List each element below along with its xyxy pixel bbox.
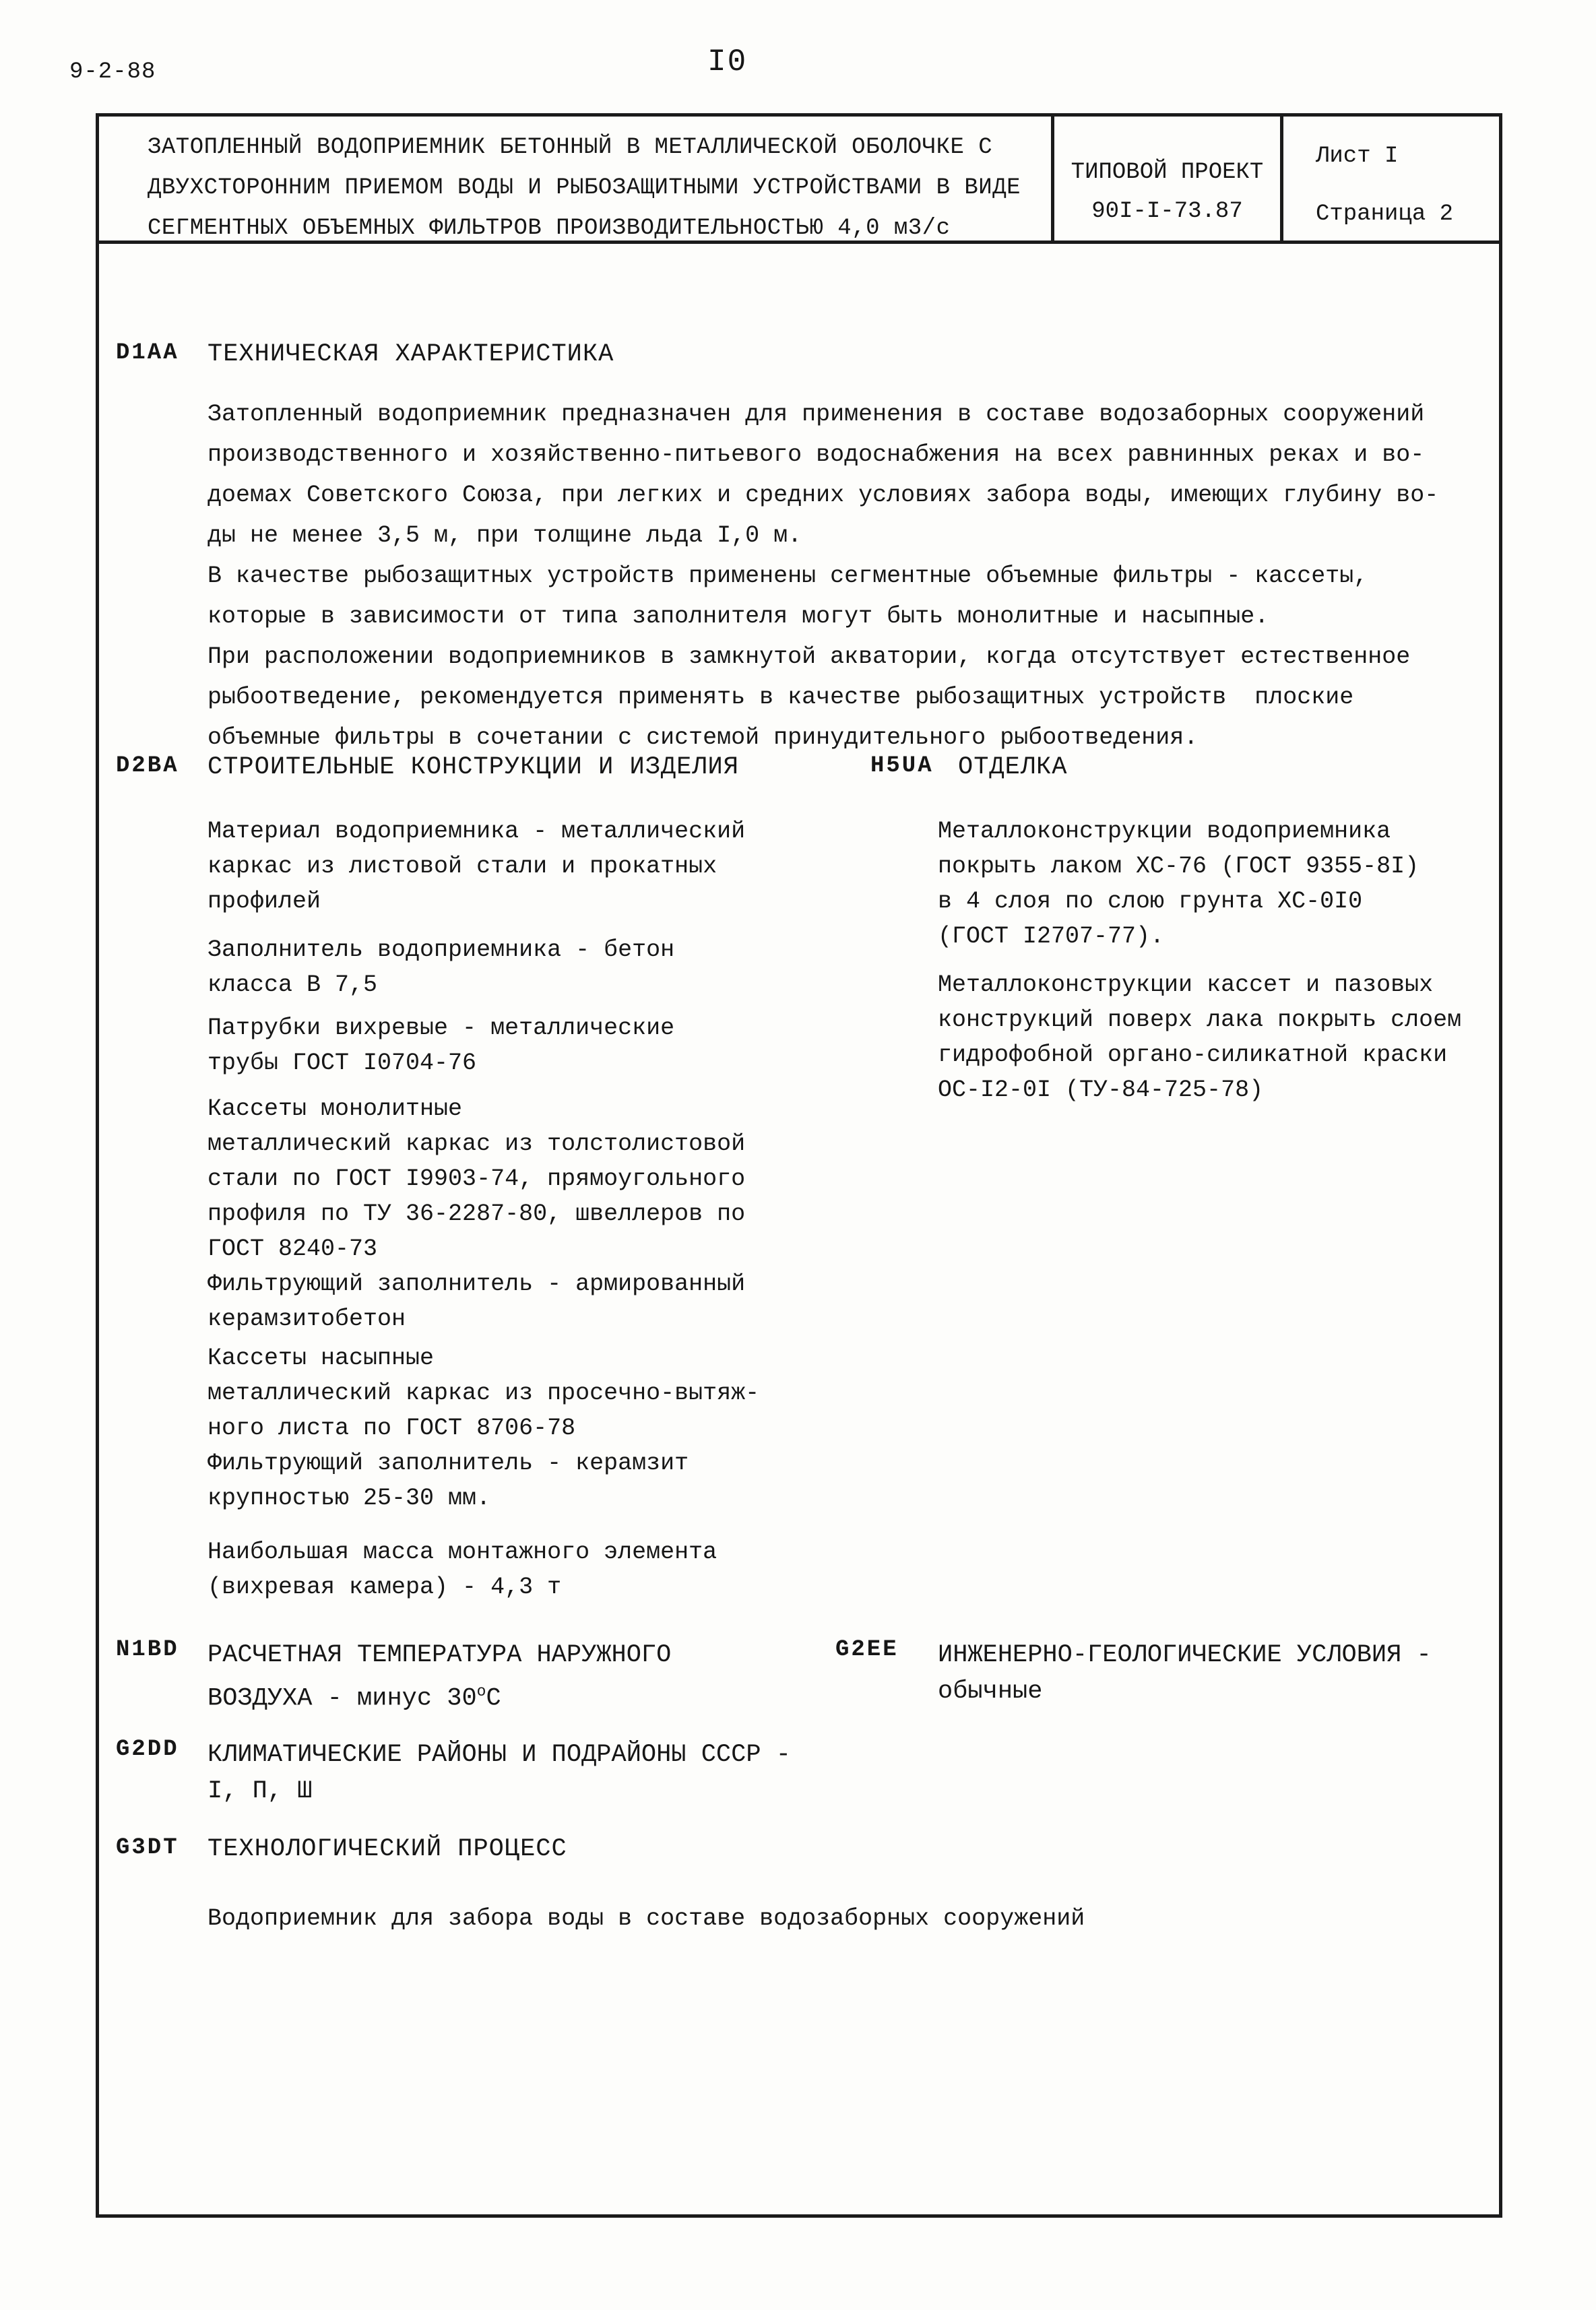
process-paragraph: Водоприемник для забора воды в составе в… [208,1905,1085,1932]
text-line: доемах Советского Союза, при легких и ср… [208,475,1438,515]
text-line: в 4 слоя по слою грунта ХС-0I0 [938,884,1419,919]
text-line: конструкций поверх лака покрыть слоем [938,1002,1461,1037]
text-line: покрыть лаком ХС-76 (ГОСТ 9355-8I) [938,849,1419,884]
text-line: I, П, Ш [208,1773,791,1809]
section-heading-tech: ТЕХНИЧЕСКАЯ ХАРАКТЕРИСТИКА [208,340,614,368]
section-heading-construction: СТРОИТЕЛЬНЫЕ КОНСТРУКЦИИ И ИЗДЕЛИЯ [208,753,739,781]
section-code-d2ba: D2BA [116,753,179,779]
section-heading-process: ТЕХНОЛОГИЧЕСКИЙ ПРОЦЕСС [208,1835,567,1863]
construction-item-monolithic-cassettes: Кассеты монолитныеметаллический каркас и… [208,1091,745,1337]
text-line: стали по ГОСТ I9903-74, прямоугольного [208,1161,745,1196]
text-line: (вихревая камера) - 4,3 т [208,1570,717,1605]
project-number: 90I-I-73.87 [1091,192,1242,231]
text-line: керамзитобетон [208,1302,745,1337]
text-line: В качестве рыбозащитных устройств примен… [208,556,1438,596]
finishing-item-paint: Металлоконструкции кассет и пазовыхконст… [938,967,1461,1108]
construction-item-max-mass: Наибольшая масса монтажного элемента(вих… [208,1535,717,1605]
construction-item-branch-pipes: Патрубки вихревые - металлическиетрубы Г… [208,1010,674,1081]
text-line: Фильтрующий заполнитель - армированный [208,1266,745,1302]
text-line: класса В 7,5 [208,967,674,1002]
construction-item-filler: Заполнитель водоприемника - бетонкласса … [208,932,674,1002]
text-line: каркас из листовой стали и прокатных [208,849,745,884]
temperature-text: РАСЧЕТНАЯ ТЕМПЕРАТУРА НАРУЖНОГО ВОЗДУХА … [208,1637,671,1717]
text-line: При расположении водоприемников в замкну… [208,637,1438,677]
text-line: (ГОСТ I2707-77). [938,919,1419,954]
text-line: Металлоконструкции кассет и пазовых [938,967,1461,1002]
text-line: Фильтрующий заполнитель - керамзит [208,1446,759,1481]
page-label: Страница 2 [1316,197,1499,231]
text-line: ОС-I2-0I (ТУ-84-725-78) [938,1072,1461,1108]
text-line: ды не менее 3,5 м, при толщине льда I,0 … [208,515,1438,556]
section-code-n1bd: N1BD [116,1637,179,1663]
text-line: Патрубки вихревые - металлические [208,1010,674,1046]
temperature-value: ВОЗДУХА - минус 30 [208,1684,477,1712]
text-line: ДВУХСТОРОННИМ ПРИЕМОМ ВОДЫ И РЫБОЗАЩИТНЫ… [148,168,1051,208]
text-line: Кассеты монолитные [208,1091,745,1126]
text-line: ного листа по ГОСТ 8706-78 [208,1411,759,1446]
section-code-d1aa: D1AA [116,340,179,366]
title-block: ЗАТОПЛЕННЫЙ ВОДОПРИЕМНИК БЕТОННЫЙ В МЕТА… [96,113,1502,244]
text-line: производственного и хозяйственно-питьево… [208,435,1438,475]
text-line: крупностью 25-30 мм. [208,1481,759,1516]
text-line: обычные [938,1673,1432,1710]
text-line: ГОСТ 8240-73 [208,1231,745,1266]
text-line: металлический каркас из просечно-вытяж- [208,1376,759,1411]
sheet-cell: Лист I Страница 2 [1280,117,1499,240]
section-heading-finishing: ОТДЕЛКА [958,753,1067,781]
text-line: КЛИМАТИЧЕСКИЕ РАЙОНЫ И ПОДРАЙОНЫ СССР - [208,1737,791,1773]
text-line: Наибольшая масса монтажного элемента [208,1535,717,1570]
temperature-line2: ВОЗДУХА - минус 30оС [208,1673,671,1717]
geo-conditions-text: ИНЖЕНЕРНО-ГЕОЛОГИЧЕСКИЕ УСЛОВИЯ -обычные [938,1637,1432,1710]
climate-regions-text: КЛИМАТИЧЕСКИЕ РАЙОНЫ И ПОДРАЙОНЫ СССР -I… [208,1737,791,1809]
project-type-cell: ТИПОВОЙ ПРОЕКТ 90I-I-73.87 [1051,117,1280,240]
text-line: гидрофобной органо-силикатной краски [938,1037,1461,1072]
text-line: профиля по ТУ 36-2287-80, швеллеров по [208,1196,745,1231]
text-line: профилей [208,884,745,919]
text-line: Заполнитель водоприемника - бетон [208,932,674,967]
text-line: Затопленный водоприемник предназначен дл… [208,394,1438,435]
section-code-h5ua: H5UA [870,753,934,779]
text-line: ЗАТОПЛЕННЫЙ ВОДОПРИЕМНИК БЕТОННЫЙ В МЕТА… [148,127,1051,168]
temperature-unit: С [486,1684,501,1712]
section-code-g2ee: G2EE [835,1637,899,1663]
project-type-label: ТИПОВОЙ ПРОЕКТ [1071,153,1264,192]
document-page: 9-2-88 I0 ЗАТОПЛЕННЫЙ ВОДОПРИЕМНИК БЕТОН… [0,0,1596,2310]
construction-item-bulk-cassettes: Кассеты насыпныеметаллический каркас из … [208,1341,759,1516]
degree-superscript: о [477,1683,486,1700]
construction-item-material: Материал водоприемника - металлическийка… [208,814,745,919]
temperature-line1: РАСЧЕТНАЯ ТЕМПЕРАТУРА НАРУЖНОГО [208,1637,671,1673]
text-line: рыбоотведение, рекомендуется применять в… [208,677,1438,717]
finishing-item-lacquer: Металлоконструкции водоприемникапокрыть … [938,814,1419,954]
text-line: Металлоконструкции водоприемника [938,814,1419,849]
text-line: объемные фильтры в сочетании с системой … [208,717,1438,758]
text-line: Материал водоприемника - металлический [208,814,745,849]
text-line: СЕГМЕНТНЫХ ОБЪЕМНЫХ ФИЛЬТРОВ ПРОИЗВОДИТЕ… [148,208,1051,249]
page-number: I0 [707,44,747,79]
tech-paragraph: Затопленный водоприемник предназначен дл… [208,394,1438,758]
section-code-g3dt: G3DT [116,1835,179,1861]
date-code: 9-2-88 [69,59,156,85]
text-line: Кассеты насыпные [208,1341,759,1376]
text-line: ИНЖЕНЕРНО-ГЕОЛОГИЧЕСКИЕ УСЛОВИЯ - [938,1637,1432,1673]
text-line: которые в зависимости от типа заполнител… [208,596,1438,637]
text-line: металлический каркас из толстолистовой [208,1126,745,1161]
project-title: ЗАТОПЛЕННЫЙ ВОДОПРИЕМНИК БЕТОННЫЙ В МЕТА… [99,117,1051,240]
section-code-g2dd: G2DD [116,1737,179,1762]
sheet-label: Лист I [1316,139,1499,173]
text-line: трубы ГОСТ I0704-76 [208,1046,674,1081]
